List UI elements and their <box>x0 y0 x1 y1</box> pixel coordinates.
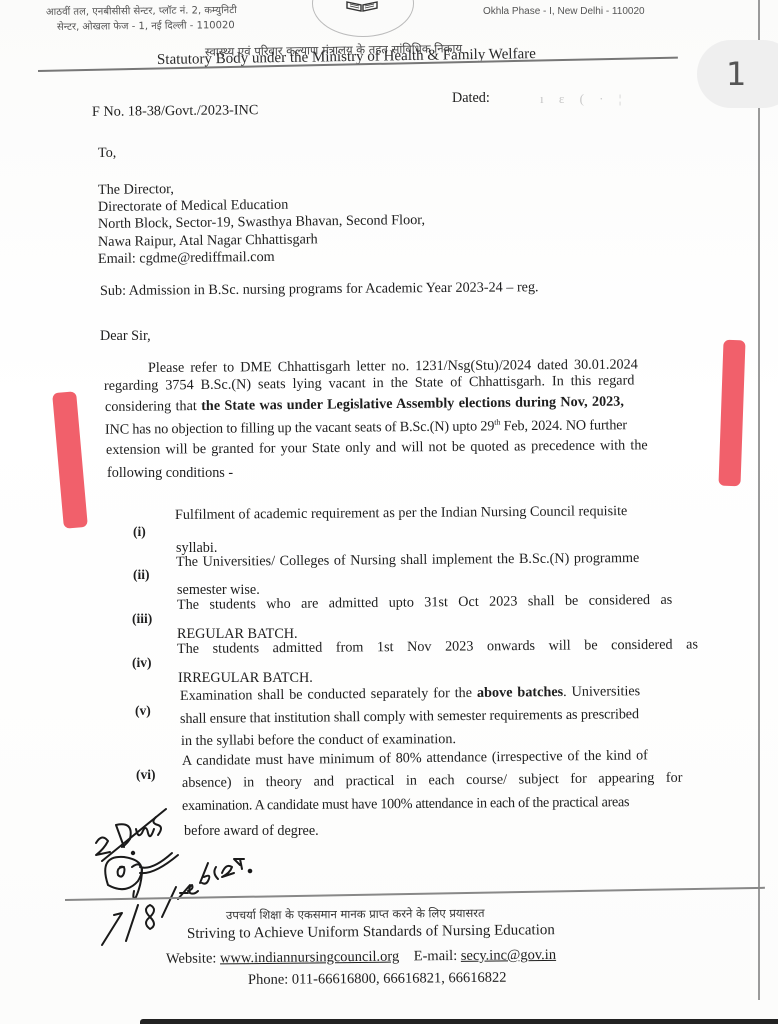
page-bottom-edge <box>140 1019 778 1024</box>
scanned-letter-page: आठवीं तल, एनबीसीसी सेन्टर, प्लॉट नं. 2, … <box>0 0 778 1024</box>
red-highlight-mark-right <box>718 340 745 487</box>
recipient-line: Nawa Raipur, Atal Nagar Chhattisgarh <box>98 231 318 251</box>
condition-text: in the syllabi before the conduct of exa… <box>181 731 456 750</box>
page-edge-line <box>758 0 760 1000</box>
file-number: F No. 18-38/Govt./2023-INC <box>92 102 258 121</box>
condition-number: (i) <box>133 524 146 540</box>
website-link[interactable]: www.indiannursingcouncil.org <box>220 949 399 967</box>
greeting: Dear Sir, <box>100 328 151 345</box>
condition-number: (ii) <box>133 567 150 583</box>
recipient-email: Email: cgdme@rediffmail.com <box>98 249 275 268</box>
condition-text: IRREGULAR BATCH. <box>178 670 313 687</box>
body-line: INC has no objection to filling up the v… <box>105 416 627 438</box>
email-link[interactable]: secy.inc@gov.in <box>461 947 556 964</box>
recipient-line: North Block, Sector-19, Swasthya Bhavan,… <box>98 212 425 233</box>
letterhead-hindi-address-1: आठवीं तल, एनबीसीसी सेन्टर, प्लॉट नं. 2, … <box>46 2 237 18</box>
body-line: following conditions - <box>107 465 233 482</box>
subject-line: Sub: Admission in B.Sc. nursing programs… <box>100 279 539 300</box>
condition-number: (vi) <box>136 767 156 783</box>
page-number-badge: 1 <box>697 40 778 108</box>
body-line: considering that the State was under Leg… <box>105 394 624 416</box>
condition-text: shall ensure that institution shall comp… <box>180 706 639 728</box>
red-highlight-mark-left <box>52 391 88 529</box>
footer-contact: Website: www.indiannursingcouncil.org E-… <box>166 947 556 968</box>
condition-text: Examination shall be conducted separatel… <box>180 683 640 705</box>
recipient-line: The Director, <box>98 181 174 199</box>
footer-motto-hindi: उपचर्या शिक्षा के एकसमान मानक प्राप्त कर… <box>226 906 485 923</box>
open-book-icon <box>345 0 379 12</box>
page-number: 1 <box>726 55 746 93</box>
condition-number: (iii) <box>132 611 152 627</box>
footer-phone: Phone: 011-66616800, 66616821, 66616822 <box>248 970 507 989</box>
to-label: To, <box>98 145 117 162</box>
body-line: extension will be granted for your State… <box>106 437 648 459</box>
condition-text: The Universities/ Colleges of Nursing sh… <box>176 550 639 571</box>
condition-text: A candidate must have minimum of 80% att… <box>182 747 648 770</box>
condition-text: Fulfilment of academic requirement as pe… <box>175 503 627 524</box>
letterhead-english-address: Okhla Phase - I, New Delhi - 110020 <box>483 6 645 17</box>
dated-label: Dated: <box>452 90 490 107</box>
footer-motto-english: Striving to Achieve Uniform Standards of… <box>187 922 555 943</box>
highlighted-election-text: the State was under Legislative Assembly… <box>201 394 624 414</box>
letterhead-hindi-address-2: सेन्टर, ओखला फेज - 1, नई दिल्ली - 110020 <box>57 17 235 33</box>
condition-text: The students admitted from 1st Nov 2023 … <box>177 636 698 658</box>
condition-number: (v) <box>135 703 151 719</box>
dated-value-faded: ı ɛ ( · ¦ <box>540 91 627 107</box>
condition-text: absence) in theory and practical in each… <box>182 770 683 792</box>
condition-number: (iv) <box>132 655 152 671</box>
